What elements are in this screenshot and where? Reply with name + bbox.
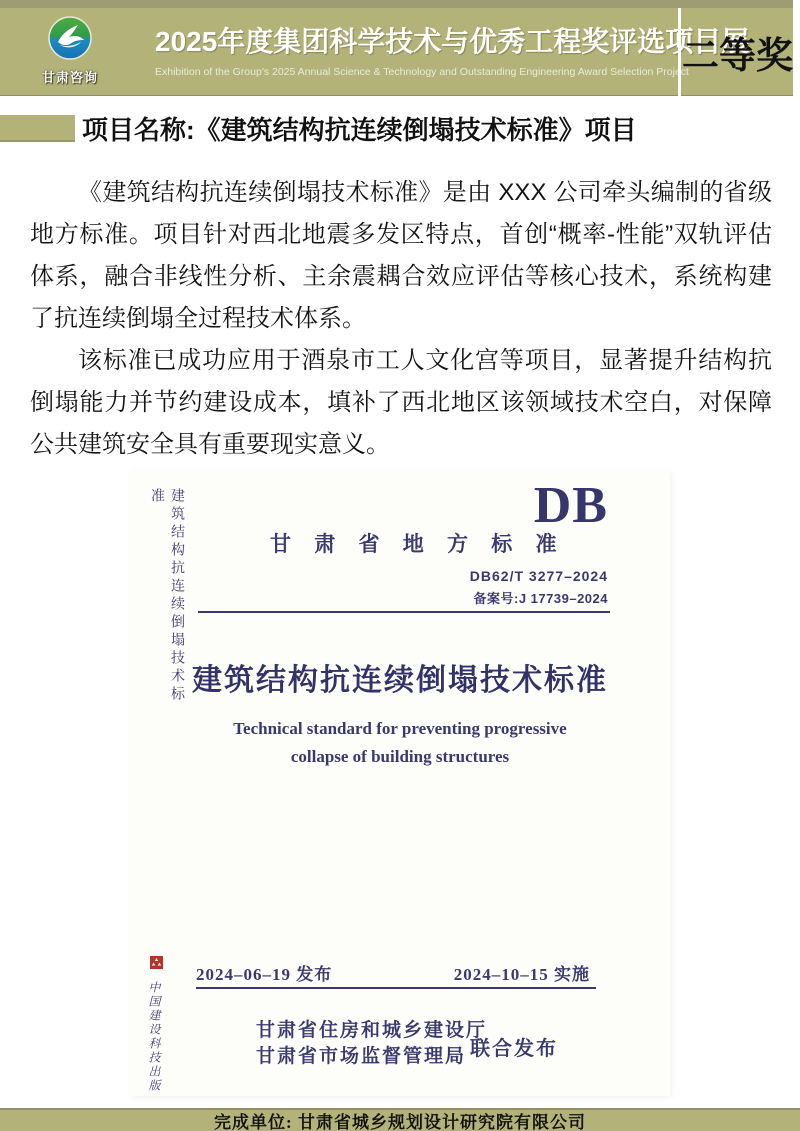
company-logo: 甘肃咨询 (30, 16, 110, 86)
cover-english-title-line2: collapse of building structures (130, 743, 670, 771)
press-name-calligraphy: 中国建设科技出版 (146, 978, 163, 1096)
banner-title: 2025年度集团科学技术与优秀工程奖评选项目展 (155, 20, 675, 60)
award-badge: 二等奖 (682, 8, 793, 96)
project-description-paragraph-2: 该标准已成功应用于酒泉市工人文化宫等项目，显著提升结构抗倒塌能力并节约建设成本，… (30, 340, 772, 466)
publisher-block: 甘肃省住房和城乡建设厅 甘肃省市场监督管理局 (256, 1018, 466, 1070)
standard-number: DB62/T 3277–2024 (470, 568, 608, 584)
logo-caption: 甘肃咨询 (30, 67, 110, 86)
publisher-line1: 甘肃省住房和城乡建设厅 (256, 1018, 466, 1044)
section-title-tab (0, 115, 75, 142)
header-top-strip (0, 0, 793, 8)
implement-date: 2024–10–15 实施 (454, 960, 590, 985)
banner-title-block: 2025年度集团科学技术与优秀工程奖评选项目展 Exhibition of th… (155, 20, 675, 78)
project-description-paragraph-1: 《建筑结构抗连续倒塌技术标准》是由 XXX 公司牵头编制的省级地方标准。项目针对… (30, 172, 772, 340)
footer-bar: 完成单位: 甘肃省城乡规划设计研究院有限公司 (0, 1108, 800, 1131)
banner-divider (678, 8, 681, 96)
header-banner: 甘肃咨询 2025年度集团科学技术与优秀工程奖评选项目展 Exhibition … (0, 0, 793, 96)
press-block: 中国建设科技出版 (146, 956, 166, 1096)
cover-divider-top (198, 611, 610, 613)
poster-page: 甘肃咨询 2025年度集团科学技术与优秀工程奖评选项目展 Exhibition … (0, 0, 800, 1131)
issue-date: 2024–06–19 发布 (196, 960, 332, 985)
cover-main-title: 建筑结构抗连续倒塌技术标准 (130, 655, 670, 699)
publisher-line2: 甘肃省市场监督管理局 (256, 1044, 466, 1070)
db-logo-text: DB (534, 476, 608, 535)
press-seal-icon (150, 956, 163, 969)
swan-logo-icon (48, 16, 92, 60)
cover-divider-bottom (196, 987, 596, 989)
cover-english-title-line1: Technical standard for preventing progre… (130, 715, 670, 743)
standard-cover-image: 建筑结构抗连续倒塌技术标准 DB 甘 肃 省 地 方 标 准 DB62/T 32… (130, 470, 670, 1096)
project-name-title: 项目名称:《建筑结构抗连续倒塌技术标准》项目 (82, 110, 782, 147)
cover-english-title: Technical standard for preventing progre… (130, 715, 670, 771)
completion-unit-label: 完成单位: 甘肃省城乡规划设计研究院有限公司 (214, 1108, 586, 1131)
banner-subtitle: Exhibition of the Group's 2025 Annual Sc… (155, 66, 675, 78)
standard-type-label: 甘 肃 省 地 方 标 准 (270, 528, 566, 558)
record-number: 备案号:J 17739–2024 (474, 588, 608, 607)
joint-publish-label: 联合发布 (470, 1032, 558, 1061)
